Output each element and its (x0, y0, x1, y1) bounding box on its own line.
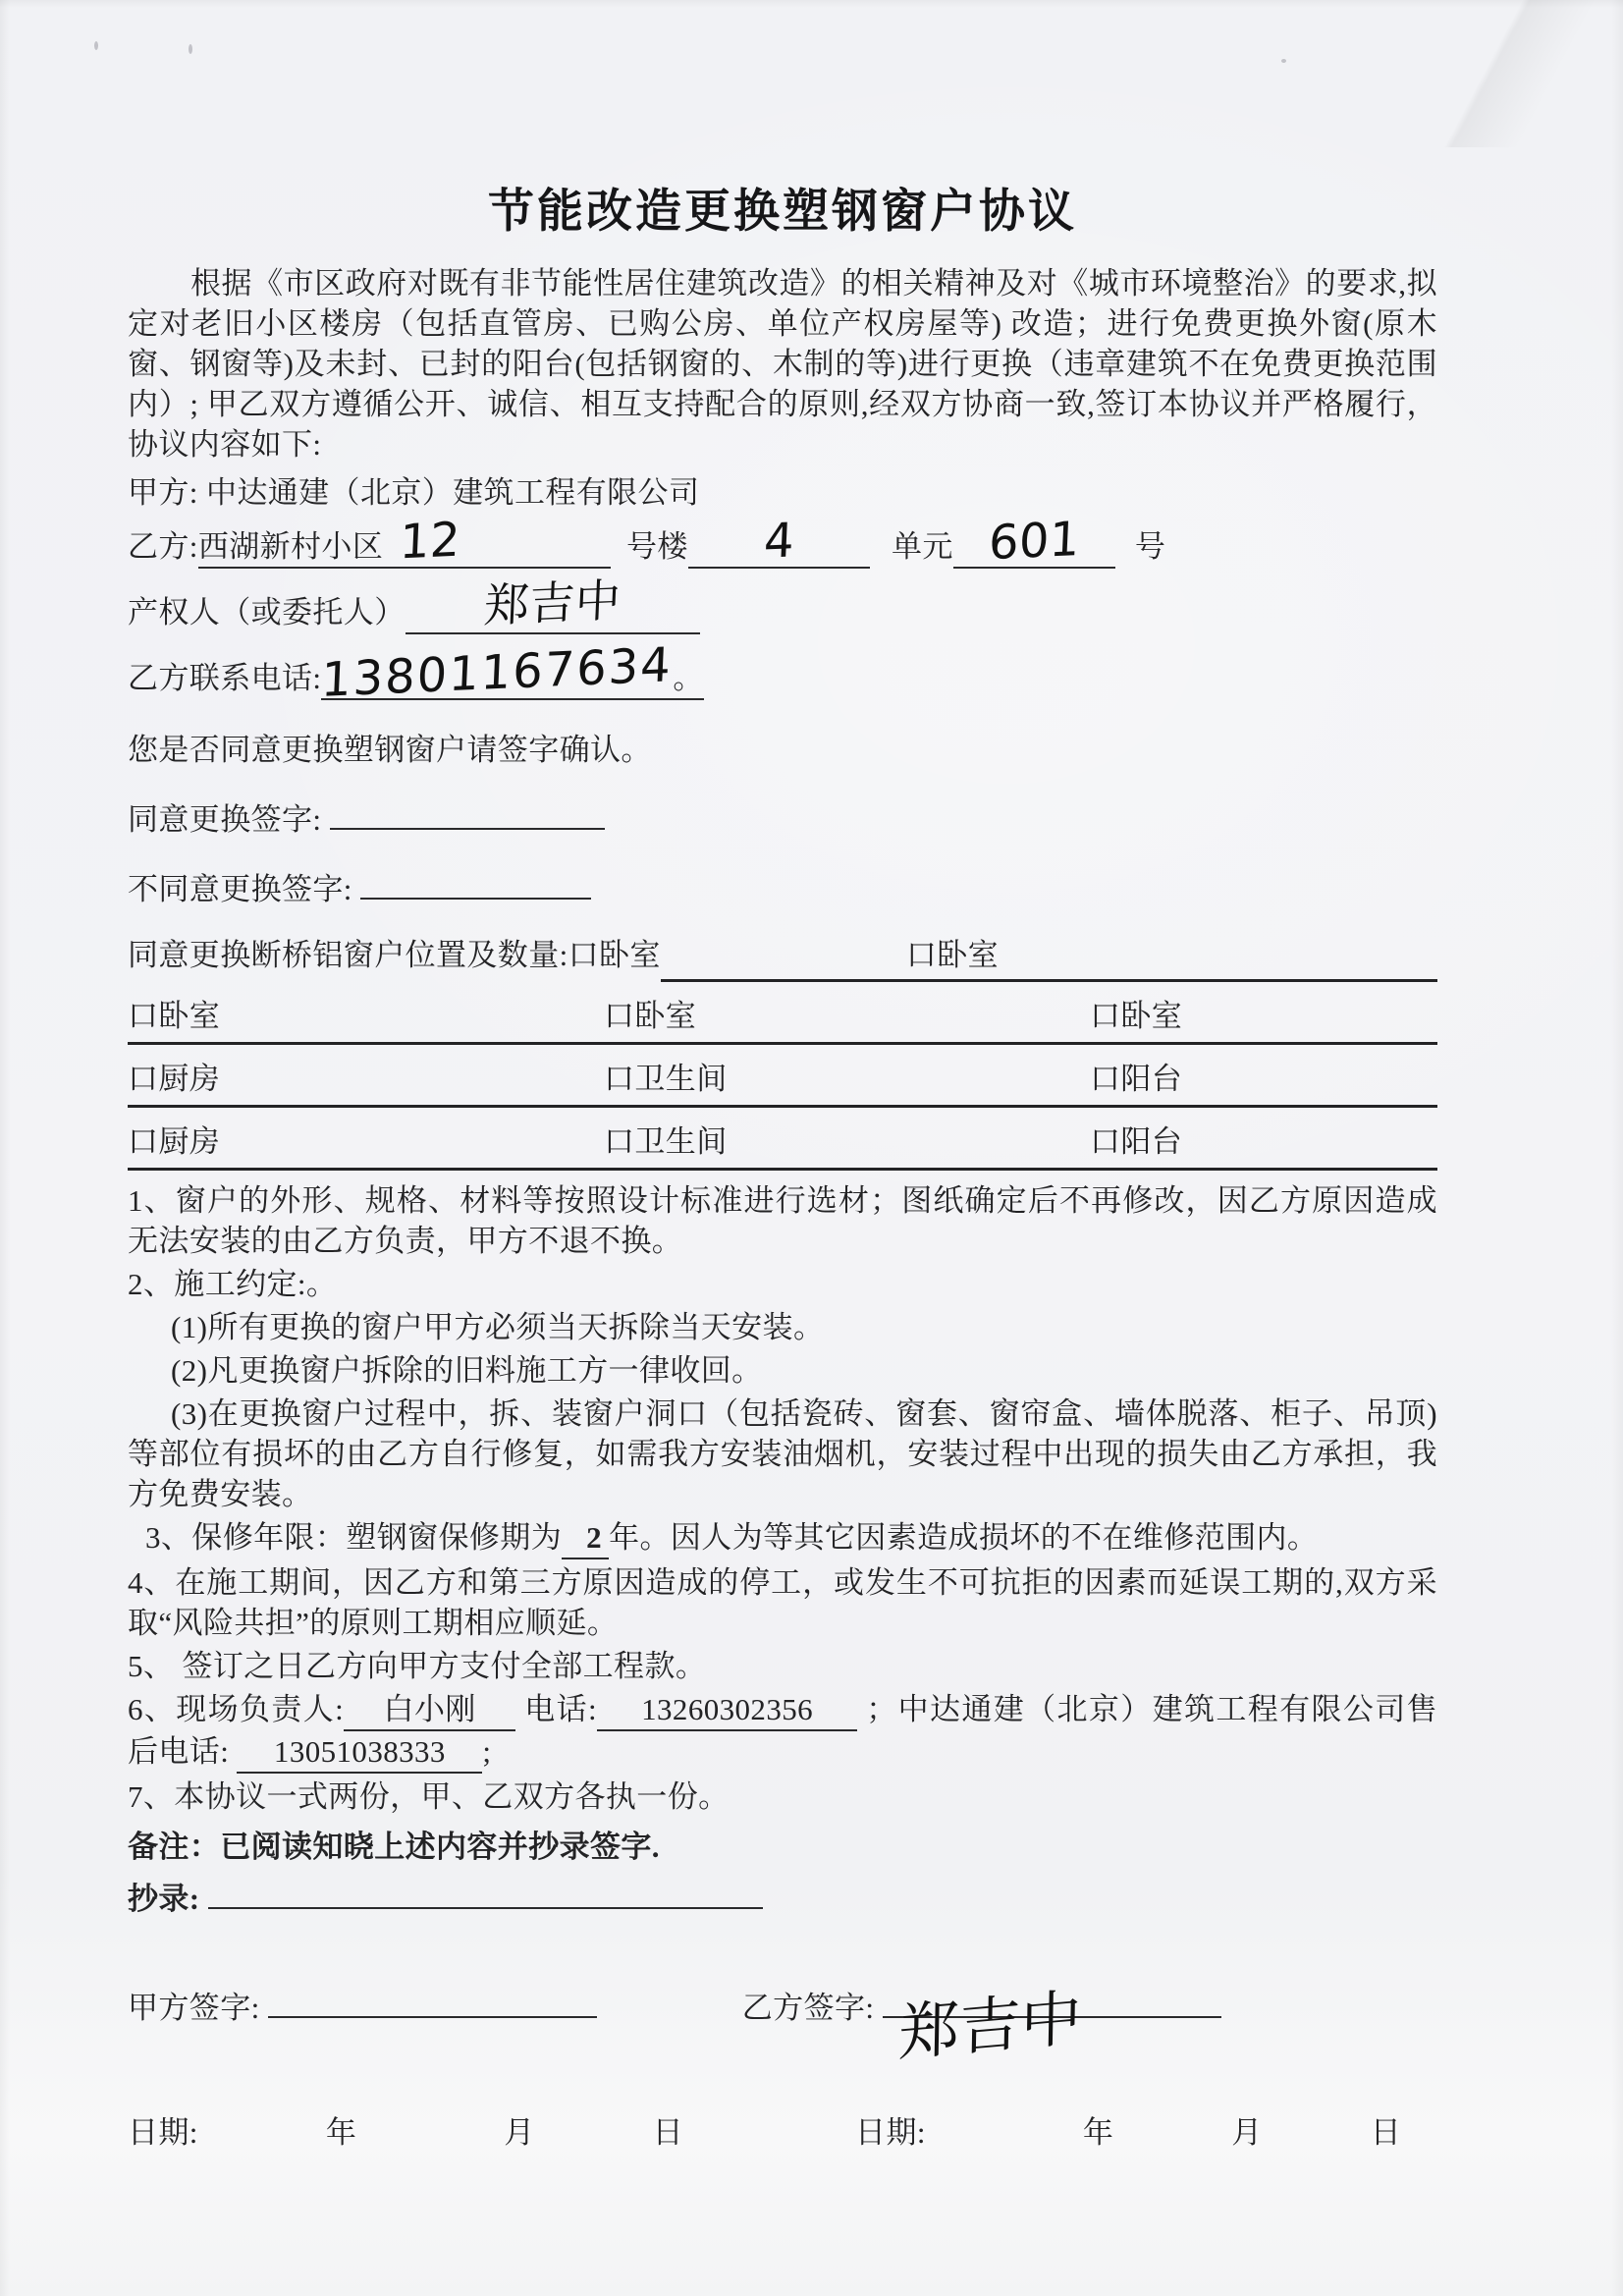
scan-speck (94, 41, 98, 50)
room-blank: 601 (953, 526, 1115, 569)
locations-row: 口厨房 口卫生间 口阳台 (128, 1045, 1437, 1108)
location-cell: 口厨房 (128, 1121, 604, 1162)
party-b-line: 乙方:西湖新村小区 12 号楼4 单元601 号 (128, 526, 1437, 569)
disagree-sign-label: 不同意更换签字: (128, 872, 352, 906)
clause-5: 5、 签订之日乙方向甲方支付全部工程款。 (128, 1646, 1437, 1686)
clause-2-1: (1)所有更换的窗户甲方必须当天拆除当天安装。 (128, 1307, 1437, 1347)
signature-row: 甲方签字: 乙方签字: 郑吉中 (128, 1988, 1437, 2028)
copy-blank (208, 1907, 763, 1909)
confirm-instruction: 您是否同意更换塑钢窗户请签字确认。 (128, 730, 1437, 770)
date-row: 日期: 年 月 日 日期: 年 月 日 (128, 2112, 1437, 2153)
site-manager-phone: 13260302356 (597, 1689, 857, 1731)
intro-paragraph: 根据《市区政府对既有非节能性居住建筑改造》的相关精神及对《城市环境整治》的要求,… (128, 263, 1437, 465)
room-label: 号 (1135, 529, 1165, 564)
scanned-agreement-page: 节能改造更换塑钢窗户协议 根据《市区政府对既有非节能性居住建筑改造》的相关精神及… (0, 0, 1623, 2296)
phone-blank: 13801167634。 (321, 658, 703, 700)
building-number-handwritten: 12 (399, 525, 460, 558)
page-title: 节能改造更换塑钢窗户协议 (128, 183, 1437, 242)
locations-header-row: 同意更换断桥铝窗户位置及数量:口卧室 口卧室 (128, 935, 1437, 982)
clause-3-suffix: 年。因人为等其它因素造成损坏的不在维修范围内。 (609, 1520, 1318, 1555)
date-label-b: 日期: (855, 2112, 926, 2153)
clause-1: 1、窗户的外形、规格、材料等按照设计标准进行选材；图纸确定后不再修改，因乙方原因… (128, 1180, 1437, 1261)
party-b-signature-handwritten: 郑吉中 (898, 1997, 1082, 2054)
room-number-handwritten: 601 (988, 524, 1080, 558)
location-cell: 口厨房 (128, 1059, 604, 1099)
locations-row: 口卧室 口卧室 口卧室 (128, 982, 1437, 1045)
copy-line: 抄录: (128, 1879, 1437, 1919)
year-label-b: 年 (1083, 2112, 1113, 2153)
owner-blank: 郑吉中 (406, 592, 700, 634)
aftersales-phone: 13051038333 (237, 1731, 482, 1774)
unit-number-handwritten: 4 (763, 525, 794, 556)
location-cell: 口卫生间 (604, 1121, 1090, 1162)
locations-header-line: 口卧室 (661, 935, 1437, 982)
clause-2: 2、施工约定:。 (128, 1264, 1437, 1304)
phone-number-handwritten: 13801167634 (321, 650, 674, 695)
clause-6-prefix: 6、现场负责人: (128, 1692, 344, 1726)
clause-6-tel-label: 电话: (524, 1692, 597, 1726)
clause-4: 4、在施工期间，因乙方和第三方原因造成的停工，或发生不可抗拒的因素而延误工期的,… (128, 1562, 1437, 1643)
party-a-sign-blank (268, 2016, 597, 2018)
remark-line: 备注：已阅读知晓上述内容并抄录签字. (128, 1827, 1437, 1867)
owner-line: 产权人（或委托人）郑吉中 (128, 592, 1437, 634)
owner-name-handwritten: 郑吉中 (483, 585, 621, 621)
clause-2-3: (3)在更换窗户过程中，拆、装窗户洞口（包括瓷砖、窗套、窗帘盒、墙体脱落、柜子、… (128, 1394, 1437, 1514)
building-label: 号楼 (626, 529, 688, 564)
party-b-label: 乙方: (128, 529, 198, 564)
paper-crease (1328, 0, 1623, 147)
clause-6-suffix: ; (482, 1734, 491, 1769)
month-label-b: 月 (1231, 2112, 1262, 2153)
location-cell: 口卧室 (1090, 996, 1437, 1036)
site-manager-name: 白小刚 (344, 1689, 515, 1731)
locations-header-label: 同意更换断桥铝窗户位置及数量:口卧室 (128, 935, 661, 975)
agree-sign-blank (330, 828, 605, 830)
location-cell: 口阳台 (1090, 1059, 1437, 1099)
locations-header-second: 口卧室 (906, 935, 999, 975)
year-label-a: 年 (326, 2112, 356, 2153)
scan-speck (189, 44, 192, 54)
disagree-sign-line: 不同意更换签字: (128, 869, 1437, 909)
party-b-sign-label: 乙方签字: (742, 1988, 875, 2028)
location-cell: 口阳台 (1090, 1121, 1437, 1162)
date-label-a: 日期: (128, 2112, 198, 2153)
location-cell: 口卫生间 (604, 1059, 1090, 1099)
clause-3-prefix: 3、保修年限：塑钢窗保修期为 (145, 1520, 562, 1555)
clause-2-2: (2)凡更换窗户拆除的旧料施工方一律收回。 (128, 1350, 1437, 1391)
clause-3: 3、保修年限：塑钢窗保修期为2年。因人为等其它因素造成损坏的不在维修范围内。 (128, 1517, 1437, 1559)
phone-trailing-mark: 。 (673, 661, 703, 695)
owner-label: 产权人（或委托人） (128, 595, 406, 629)
party-a-line: 甲方: 中达通建（北京）建筑工程有限公司 (128, 472, 1437, 513)
day-label-b: 日 (1371, 2112, 1401, 2153)
clause-6: 6、现场负责人:白小刚 电话:13260302356 ；中达通建（北京）建筑工程… (128, 1689, 1437, 1774)
agreement-content: 节能改造更换塑钢窗户协议 根据《市区政府对既有非节能性居住建筑改造》的相关精神及… (128, 183, 1437, 2153)
estate-name: 西湖新村小区 (198, 529, 383, 564)
phone-label: 乙方联系电话: (128, 661, 321, 695)
phone-line: 乙方联系电话:13801167634。 (128, 658, 1437, 700)
location-cell: 口卧室 (128, 996, 604, 1036)
agree-sign-label: 同意更换签字: (128, 802, 321, 837)
agree-sign-line: 同意更换签字: (128, 799, 1437, 840)
locations-row: 口厨房 口卫生间 口阳台 (128, 1108, 1437, 1171)
clause-7: 7、本协议一式两份，甲、乙双方各执一份。 (128, 1777, 1437, 1817)
warranty-years-value: 2 (562, 1517, 609, 1559)
copy-label: 抄录: (128, 1882, 200, 1916)
party-b-sign-blank: 郑吉中 (883, 2016, 1221, 2018)
month-label-a: 月 (504, 2112, 534, 2153)
estate-blank: 西湖新村小区 12 (198, 526, 611, 569)
scan-speck (1281, 59, 1286, 63)
location-cell: 口卧室 (604, 996, 1090, 1036)
unit-label: 单元 (892, 529, 953, 564)
unit-blank: 4 (688, 526, 870, 569)
day-label-a: 日 (653, 2112, 683, 2153)
party-a-sign-label: 甲方签字: (128, 1988, 260, 2028)
disagree-sign-blank (360, 898, 591, 900)
